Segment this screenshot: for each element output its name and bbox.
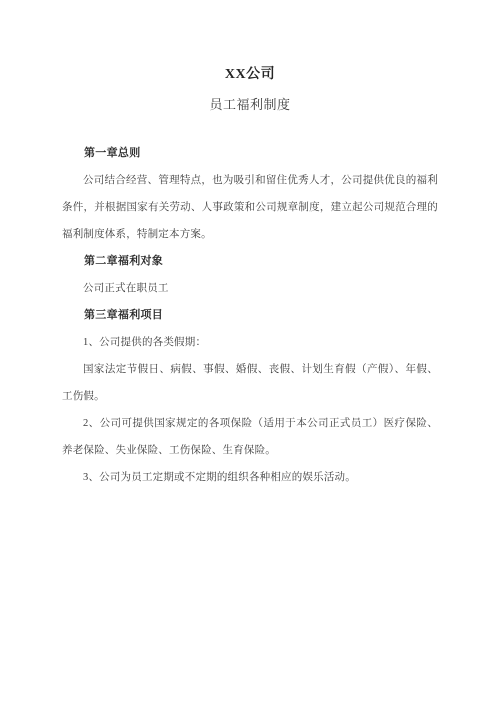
paragraph-chapter-2-body: 公司正式在职员工: [62, 275, 438, 302]
document-page: XX公司 员工福利制度 第一章总则 公司结合经营、管理特点，也为吸引和留住优秀人…: [0, 0, 500, 707]
paragraph-item-1-holidays: 1、公司提供的各类假期：: [62, 329, 438, 356]
document-title: XX公司: [62, 60, 438, 90]
paragraph-holiday-types: 国家法定节假日、病假、事假、婚假、丧假、计划生育假（产假）、年假、工伤假。: [62, 356, 438, 410]
paragraph-item-2-insurance: 2、公司可提供国家规定的各项保险（适用于本公司正式员工）医疗保险、养老保险、失业…: [62, 410, 438, 464]
section-heading-chapter-1: 第一章总则: [62, 140, 438, 167]
paragraph-item-3-activities: 3、公司为员工定期或不定期的组织各种相应的娱乐活动。: [62, 464, 438, 491]
paragraph-chapter-1-body: 公司结合经营、管理特点，也为吸引和留住优秀人才，公司提供优良的福利条件，并根据国…: [62, 167, 438, 248]
section-heading-chapter-2: 第二章福利对象: [62, 248, 438, 275]
document-subtitle: 员工福利制度: [62, 90, 438, 120]
section-heading-chapter-3: 第三章福利项目: [62, 302, 438, 329]
